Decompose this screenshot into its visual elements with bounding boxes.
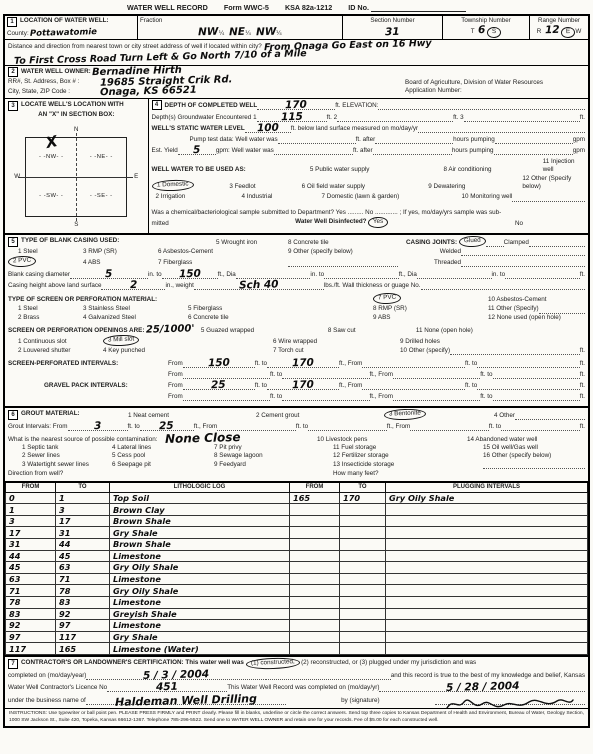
plug-to [340, 585, 386, 597]
plug-to [340, 608, 386, 620]
litho-description: Gry Oily Shale [110, 585, 290, 597]
spi2-blank-1 [183, 370, 270, 379]
log-h-to-2: TO [340, 482, 386, 493]
quadrant-sw: - -SW- - [39, 193, 63, 201]
spi2-from-label: From [168, 371, 183, 379]
litho-description: Limestone [110, 550, 290, 562]
screen-10: 10 Asbestos-Cement [488, 296, 546, 304]
yield-value: 5 [193, 145, 201, 156]
casing-8: 8 Concrete tile [288, 239, 406, 247]
log-row: 7178Gry Oily Shale [6, 585, 588, 597]
depth-label: DEPTH OF COMPLETED WELL [165, 102, 258, 110]
yield-gpm2: gpm [573, 147, 585, 155]
screen-row-3: 2 Brass 4 Galvanized Steel 6 Concrete ti… [8, 314, 585, 322]
casing-1: 1 Steel [8, 248, 83, 256]
diameter-to-value: 150 [179, 269, 201, 280]
log-row: 01Top Soil165170Gry Oily Shale [6, 492, 588, 504]
log-row: 317Brown Shale [6, 515, 588, 527]
plug-description [386, 562, 588, 574]
grout-label: GROUT MATERIAL: [21, 410, 80, 417]
gi-from-label: From [53, 423, 68, 431]
casing-row-3: 2 PVC 4 ABS 7 Fiberglass Threaded [8, 256, 585, 267]
casing-4: 4 ABS [83, 259, 158, 267]
gravel2-from-label: From [168, 393, 183, 401]
sample-line-2: mitted Water Well Disinfected? Yes No [152, 217, 585, 228]
litho-description: Limestone (Water) [110, 643, 290, 655]
application-number-label: Application Number: [405, 87, 585, 95]
section-box-diagram: N S W E - -NW- - - -NE- - - -SW- - - -SE… [15, 129, 137, 225]
contam-row-1: 1 Septic tank 4 Lateral lines 7 Pit priv… [8, 444, 585, 452]
plug-description [386, 550, 588, 562]
id-blank-line [371, 3, 466, 12]
plug-to [340, 504, 386, 516]
plug-from [290, 504, 340, 516]
guage-blank [421, 281, 585, 290]
log-h-litho: LITHOLOGIC LOG [110, 482, 290, 493]
licence-value: 451 [156, 682, 178, 693]
quarter-mark: ¼ [219, 30, 224, 37]
water-well-record-form: WATER WELL RECORD Form WWC-5 KSA 82a-121… [0, 0, 593, 754]
contam-5: 5 Cess pool [112, 452, 214, 460]
completed-date-value: 5 / 3 / 2004 [143, 669, 209, 681]
litho-from: 92 [6, 620, 56, 632]
gravel-from-label: From [168, 382, 183, 390]
board-text: Board of Agriculture, Division of Water … [405, 79, 585, 87]
log-row: 9297Limestone [6, 620, 588, 632]
gravel2-blank-3 [393, 392, 480, 401]
signature-scribble [445, 696, 575, 712]
quarter-mark: ¼ [276, 30, 281, 37]
cert-blank-1 [266, 671, 390, 680]
screen-11-blank [539, 305, 585, 314]
pump-blank-1 [278, 135, 356, 144]
litho-description: Limestone [110, 573, 290, 585]
cert-line-3: Water Well Contractor's Licence No 451 T… [8, 683, 585, 692]
screen-1: 1 Steel [8, 305, 83, 313]
log-h-plug: PLUGGING INTERVALS [386, 482, 588, 493]
fraction-q3: NW [256, 27, 277, 38]
openings-row-3: 2 Louvered shutter 4 Key punched 7 Torch… [8, 346, 585, 355]
section-number-value: 31 [385, 27, 400, 38]
section2-owner: 2WATER WELL OWNER: Bernadine Hirth RR#, … [5, 66, 588, 99]
use-5: 5 Public water supply [310, 166, 444, 174]
gi-blank-3 [410, 422, 489, 431]
contam-7: 7 Pit privy [214, 444, 333, 452]
plug-from [290, 515, 340, 527]
compass-s: S [74, 221, 78, 229]
use-2: 2 Irrigation [152, 193, 242, 201]
plug-description [386, 643, 588, 655]
plug-to: 170 [340, 492, 386, 504]
spi-label: SCREEN-PERFORATED INTERVALS: [8, 360, 168, 368]
gi-ft-end: ft. [580, 423, 585, 431]
gravel2-ftto-2: ft. to [480, 393, 492, 401]
county-value: Pottawatomie [30, 28, 97, 38]
spi-ftfrom: ft., From [339, 360, 362, 368]
joint-clamped: Clamped [504, 239, 529, 247]
opening-5: 5 Guazed wrapped [201, 327, 296, 335]
contam-other-blank [483, 460, 585, 469]
spi-ftto-2: ft. to [465, 360, 477, 368]
groundwater-label: Depth(s) Groundwater Encountered [152, 114, 252, 122]
casing-row-2: 1 Steel 3 RMP (SR) 6 Asbestos-Cement 9 O… [8, 247, 585, 256]
litho-from: 83 [6, 608, 56, 620]
joint-glued-circled: Glued [459, 236, 486, 248]
plug-description [386, 631, 588, 643]
contam-3: 3 Watertight sewer lines [8, 461, 112, 469]
height-line: Casing height above land surface 2 in., … [8, 281, 585, 290]
screen-title: TYPE OF SCREEN OR PERFORATION MATERIAL: [8, 296, 373, 304]
range-direction-circled: E [561, 27, 576, 39]
opening-3-circled: 3 Mill slot [103, 334, 140, 346]
plug-from [290, 643, 340, 655]
contam-13: 13 Insecticide storage [333, 461, 483, 469]
litho-from: 45 [6, 562, 56, 574]
form-statute: KSA 82a-1212 [285, 3, 332, 12]
form-body: 1LOCATION OF WATER WELL: County: Pottawa… [3, 14, 590, 728]
opening-4: 4 Key punched [103, 347, 273, 355]
screen-4: 4 Galvanized Steel [83, 314, 188, 322]
cert-plugged: (3) plugged [360, 659, 392, 667]
yield-gpm: gpm: [216, 147, 230, 155]
gravel2-ftto: ft. to [270, 393, 282, 401]
distance-value-2: To First Cross Road Turn Left & Go North… [14, 49, 307, 66]
log-row: 3144Brown Shale [6, 539, 588, 551]
screen-11: 11 Other (Specify) [488, 305, 539, 313]
form-header: WATER WELL RECORD Form WWC-5 KSA 82a-121… [3, 2, 590, 14]
cert-tail: under my jurisdiction and was [393, 659, 476, 667]
plug-from [290, 585, 340, 597]
log-row: 117165Limestone (Water) [6, 643, 588, 655]
litho-to: 92 [56, 608, 110, 620]
gravel-line-1: GRAVEL PACK INTERVALS: From 25 ft. to 17… [8, 381, 585, 390]
record-completed-label: This Water Well Record was completed on … [227, 684, 379, 692]
use-7: 7 Domestic (lawn & garden) [322, 193, 462, 201]
litho-to: 45 [56, 550, 110, 562]
section7-number: 7 [8, 659, 18, 669]
plug-description [386, 585, 588, 597]
contam-14: 14 Abandoned water well [467, 436, 585, 444]
screen-6: 6 Concrete tile [188, 314, 373, 322]
section-box-square: - -NW- - - -NE- - - -SW- - - -SE- - X [25, 137, 127, 217]
litho-description: Brown Clay [110, 504, 290, 516]
sample-mitted: mitted [152, 220, 169, 228]
grout-to-value: 25 [159, 421, 174, 432]
plug-description [386, 608, 588, 620]
section-number-cell: Section Number 31 [342, 16, 442, 39]
plug-from: 165 [290, 492, 340, 504]
log-row: 97117Gry Shale [6, 631, 588, 643]
static-level-line: WELL'S STATIC WATER LEVEL 100 ft. below … [152, 124, 585, 133]
plug-to [340, 573, 386, 585]
id-label: ID No. [348, 3, 369, 12]
litho-to: 117 [56, 631, 110, 643]
grout-3-circled: 3 Bentonite [384, 408, 426, 421]
plug-description [386, 573, 588, 585]
litho-from: 31 [6, 539, 56, 551]
elevation-label: ft. ELEVATION: [335, 102, 378, 110]
form-number: Form WWC-5 [224, 3, 269, 12]
litho-from: 0 [6, 492, 56, 504]
fraction-value: NW¼ NE¼ NW¼ [140, 27, 340, 38]
spi-blank-2 [477, 359, 580, 368]
contam-2: 2 Sewer lines [8, 452, 112, 460]
pump-www: Well water was [235, 136, 277, 144]
diam-in-to: in. to [148, 271, 162, 279]
section5-number: 5 [8, 237, 18, 247]
litho-to: 63 [56, 562, 110, 574]
plug-from [290, 527, 340, 539]
gravel2-ftfrom: ft., From [370, 393, 393, 401]
pump-gpm: gpm [573, 136, 585, 144]
section3-number: 3 [8, 101, 18, 111]
section4-number: 4 [152, 100, 162, 110]
log-row: 6371Limestone [6, 573, 588, 585]
height-label: Casing height above land surface [8, 282, 101, 290]
cert-constructed-circled: (1) constructed, [245, 657, 299, 670]
openings-row-2: 1 Continuous slot 3 Mill slot 6 Wire wra… [8, 335, 585, 346]
litho-from: 97 [6, 631, 56, 643]
section4-depth: 4 DEPTH OF COMPLETED WELL 170 ft. ELEVAT… [149, 99, 588, 233]
depth-line: 4 DEPTH OF COMPLETED WELL 170 ft. ELEVAT… [152, 100, 585, 110]
diam-blank-3 [417, 270, 492, 279]
sample-question: Was a chemical/bacteriological sample su… [152, 209, 585, 217]
gw-blank-2 [337, 113, 453, 122]
quadrant-ne: - -NE- - [90, 154, 113, 162]
casing-5: 5 Wrought iron [158, 239, 288, 247]
use-label: WELL WATER TO BE USED AS: [152, 166, 310, 174]
contam-10: 10 Livestock pens [317, 436, 467, 444]
height-in-weight: in., weight [165, 282, 193, 290]
litho-to: 3 [56, 504, 110, 516]
plug-description: Gry Oily Shale [386, 492, 588, 504]
fraction-label: Fraction [140, 17, 340, 25]
opening-10: 10 Other (specify) [400, 347, 450, 355]
form-title: WATER WELL RECORD [127, 3, 208, 12]
range-r: R [537, 28, 542, 35]
township-t: T [471, 28, 475, 35]
casing-6: 6 Asbestos-Cement [158, 248, 288, 256]
diameter-label: Blank casing diameter [8, 271, 70, 279]
opening-10-ft: ft. [580, 347, 585, 355]
section3-title-1: LOCATE WELL'S LOCATION WITH [21, 101, 124, 108]
use-row-2: 1 Domestic 3 Feedlot 6 Oil field water s… [152, 175, 585, 191]
diam-blank-4 [505, 270, 580, 279]
section1-number: 1 [7, 17, 17, 27]
gi-blank-2 [308, 422, 387, 431]
section7-certification: 7 CONTRACTOR'S OR LANDOWNER'S CERTIFICAT… [5, 655, 588, 708]
cert-reconstructed: (2) reconstructed, or [301, 659, 358, 667]
gi-ftto-3: ft. to [489, 423, 501, 431]
contam-1: 1 Septic tank [8, 444, 112, 452]
log-h-from-1: FROM [6, 482, 56, 493]
yield-label: Est. Yield [152, 147, 178, 155]
city-label: City, State, ZIP Code : [8, 88, 100, 96]
log-row: 7883Limestone [6, 596, 588, 608]
gravel-ftto-2: ft. to [465, 382, 477, 390]
gravel-ftto: ft. to [255, 382, 267, 390]
glued-blank [486, 238, 504, 247]
contam-9: 9 Feedyard [214, 461, 333, 469]
opening-10-blank [450, 346, 580, 355]
yield-after: ft. after [353, 147, 373, 155]
grout-other-blank [515, 411, 585, 420]
log-header-row: FROM TO LITHOLOGIC LOG FROM TO PLUGGING … [6, 482, 588, 493]
gi-blank-4 [501, 422, 580, 431]
opening-9: 9 Drilled holes [400, 338, 440, 346]
gw-ft: ft. [580, 114, 585, 122]
gravel2-blank-4 [493, 392, 580, 401]
screen-row-1: TYPE OF SCREEN OR PERFORATION MATERIAL: … [8, 293, 585, 304]
log-row: 8392Greyish Shale [6, 608, 588, 620]
spi-ftto: ft. to [255, 360, 267, 368]
contamination-value: None Close [165, 431, 241, 445]
cert-intro: CONTRACTOR'S OR LANDOWNER'S CERTIFICATIO… [21, 659, 244, 667]
cert-line-2: completed on (mo/day/year) 5 / 3 / 2004 … [8, 671, 585, 680]
litho-from: 44 [6, 550, 56, 562]
city-value: Onaga, KS 66521 [100, 86, 197, 99]
gw-2: ft. 2 [327, 114, 338, 122]
grout-intervals-row: Grout Intervals: From 3 ft. to 25 ft., F… [8, 422, 585, 431]
welded-blank [461, 247, 585, 256]
static-level-label: WELL'S STATIC WATER LEVEL [152, 125, 245, 133]
litho-to: 83 [56, 596, 110, 608]
plug-description [386, 620, 588, 632]
diam-in-to-3: in. to [492, 271, 506, 279]
weight-suffix: lbs./ft. Wall thickness or guage No. [324, 282, 421, 290]
contam-15: 15 Oil well/Gas well [483, 444, 538, 452]
gw-blank-3 [464, 113, 580, 122]
use-4: 4 Industrial [242, 193, 322, 201]
range-cell: Range Number R 12 EW [529, 16, 588, 39]
litho-from: 1 [6, 504, 56, 516]
section5-casing: 5TYPE OF BLANK CASING USED: 5 Wrought ir… [5, 235, 588, 406]
true-statement: and this record is true to the best of m… [391, 672, 585, 680]
contam-row-3: 3 Watertight sewer lines 6 Seepage pit 9… [8, 460, 585, 469]
use-1-circled: 1 Domestic [151, 180, 193, 193]
height-value: 2 [130, 280, 138, 291]
casing-row-1: 5TYPE OF BLANK CASING USED: 5 Wrought ir… [8, 236, 585, 247]
litho-to: 78 [56, 585, 110, 597]
pump-after: ft. after [356, 136, 376, 144]
contam-12: 12 Fertilizer storage [333, 452, 483, 460]
screen-8: 8 RMP (SR) [373, 305, 488, 313]
use-9: 9 Dewatering [428, 183, 522, 191]
county-cell: 1LOCATION OF WATER WELL: County: Pottawa… [5, 16, 137, 39]
diameter-line: Blank casing diameter 5 in. to 150 ft., … [8, 270, 585, 279]
litho-to: 17 [56, 515, 110, 527]
static-level-value: 100 [257, 123, 279, 134]
signature-label: by (signature) [286, 697, 435, 705]
clamped-blank [529, 238, 585, 247]
litho-to: 97 [56, 620, 110, 632]
form-id: ID No. [348, 3, 466, 12]
township-direction-circled: S [487, 27, 502, 39]
plug-to [340, 539, 386, 551]
use-3: 3 Feedlot [229, 183, 301, 191]
plug-to [340, 631, 386, 643]
casing-3: 3 RMP (SR) [83, 248, 158, 256]
screen-7-circled: 7 PVC [373, 293, 402, 305]
litho-description: Brown Shale [110, 539, 290, 551]
section6-number: 6 [8, 410, 18, 420]
contam-11: 11 Fuel storage [333, 444, 483, 452]
threaded-blank [461, 258, 585, 267]
yield-line: Est. Yield 5 gpm: Well water was ft. aft… [152, 146, 585, 155]
grout-row: 6GROUT MATERIAL: 1 Neat cement 2 Cement … [8, 409, 585, 420]
static-date-blank [418, 124, 585, 133]
opening-1: 1 Continuous slot [8, 338, 103, 346]
grout-intervals-label: Grout Intervals: [8, 423, 51, 431]
log-row: 1731Gry Shale [6, 527, 588, 539]
grout-2: 2 Cement grout [256, 412, 384, 420]
litho-description: Gry Shale [110, 527, 290, 539]
plug-from [290, 539, 340, 551]
yield-hours: hours pumping [452, 147, 494, 155]
contam-8: 8 Sewage lagoon [214, 452, 333, 460]
diam-ft: ft. [580, 271, 585, 279]
plug-from [290, 608, 340, 620]
pump-blank-3 [495, 135, 573, 144]
cert-line-1: 7 CONTRACTOR'S OR LANDOWNER'S CERTIFICAT… [8, 658, 585, 669]
litho-description: Top Soil [110, 492, 290, 504]
gravel-line-2: From ft. to ft., From ft. to ft. [8, 392, 585, 401]
section1-location: 1LOCATION OF WATER WELL: County: Pottawa… [5, 16, 588, 40]
use-row-1: WELL WATER TO BE USED AS: 5 Public water… [152, 158, 585, 174]
spi2-ft-end: ft. [580, 371, 585, 379]
litho-description: Gry Shale [110, 631, 290, 643]
log-h-from-2: FROM [290, 482, 340, 493]
spi2-ftfrom: ft., From [370, 371, 393, 379]
use-6: 6 Oil field water supply [302, 183, 429, 191]
fraction-cell: Fraction NW¼ NE¼ NW¼ [137, 16, 342, 39]
screen-3: 3 Stainless Steel [83, 305, 188, 313]
use-8: 8 Air conditioning [443, 166, 542, 174]
static-level-suffix: ft. below land surface measured on mo/da… [291, 125, 418, 133]
plug-to [340, 515, 386, 527]
litho-to: 31 [56, 527, 110, 539]
gravel-label: GRAVEL PACK INTERVALS: [8, 382, 168, 390]
groundwater-depth-1: 115 [280, 112, 302, 123]
section3-4-row: 3LOCATE WELL'S LOCATION WITH AN "X" IN S… [5, 99, 588, 235]
groundwater-line: Depth(s) Groundwater Encountered 1 115 f… [152, 113, 585, 122]
spi-line-2: From ft. to ft., From ft. to ft. [8, 370, 585, 379]
gi-ftfrom-2: ft., From [387, 423, 410, 431]
direction-row: Direction from well? How many feet? [8, 470, 585, 478]
gravel-to-value: 170 [292, 380, 314, 391]
plug-from [290, 550, 340, 562]
screen-12: 12 None used (open hole) [488, 314, 561, 322]
spi-from-value: 150 [208, 358, 230, 369]
contamination-label: What is the nearest source of possible c… [8, 436, 157, 444]
township-label: Township Number [445, 17, 527, 25]
contamination-question-row: What is the nearest source of possible c… [8, 432, 585, 444]
county-label: County: [7, 30, 29, 37]
litho-description: Limestone [110, 596, 290, 608]
quarter-mark: ¼ [245, 30, 250, 37]
litho-description: Brown Shale [110, 515, 290, 527]
section3-title-2: AN "X" IN SECTION BOX: [8, 111, 145, 119]
spi2-ftto: ft. to [270, 371, 282, 379]
disinfected-yes-circled: Yes [368, 216, 389, 228]
use-11: 11 Injection well [543, 158, 585, 174]
litho-description: Greyish Shale [110, 608, 290, 620]
spi-to-value: 170 [292, 358, 314, 369]
casing-7: 7 Fiberglass [158, 259, 288, 267]
log-row: 13Brown Clay [6, 504, 588, 516]
contam-row-2: 2 Sewer lines 5 Cess pool 8 Sewage lagoo… [8, 452, 585, 460]
section1-title: LOCATION OF WATER WELL: [20, 17, 109, 24]
